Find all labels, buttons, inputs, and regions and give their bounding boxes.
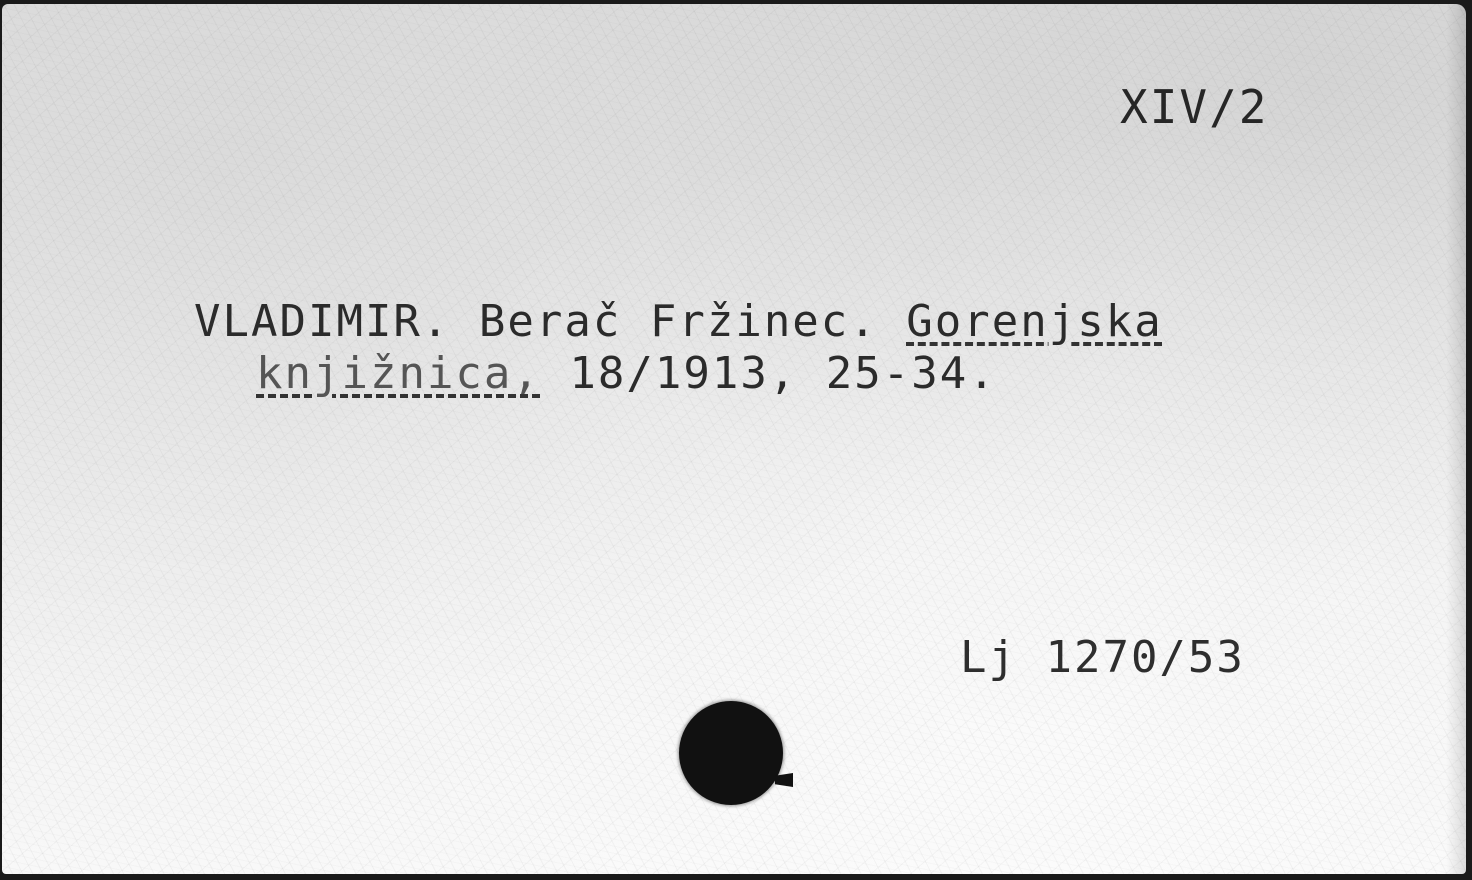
punch-hole xyxy=(679,701,783,805)
entry-journal-part1: Gorenjska xyxy=(906,296,1162,347)
entry-title: Berač Fržinec. xyxy=(450,296,906,347)
entry-line-2: knjižnica, 18/1913, 25-34. xyxy=(256,348,997,399)
catalog-card: XIV/2 VLADIMIR. Berač Fržinec. Gorenjska… xyxy=(2,4,1466,874)
entry-author: VLADIMIR. xyxy=(194,296,450,347)
entry-journal-part2: knjižnica, xyxy=(256,348,541,399)
entry-citation: 18/1913, 25-34. xyxy=(541,348,997,399)
call-number: XIV/2 xyxy=(1120,80,1268,134)
shelf-number: Lj 1270/53 xyxy=(960,632,1245,683)
entry-line-1: VLADIMIR. Berač Fržinec. Gorenjska xyxy=(194,296,1163,347)
